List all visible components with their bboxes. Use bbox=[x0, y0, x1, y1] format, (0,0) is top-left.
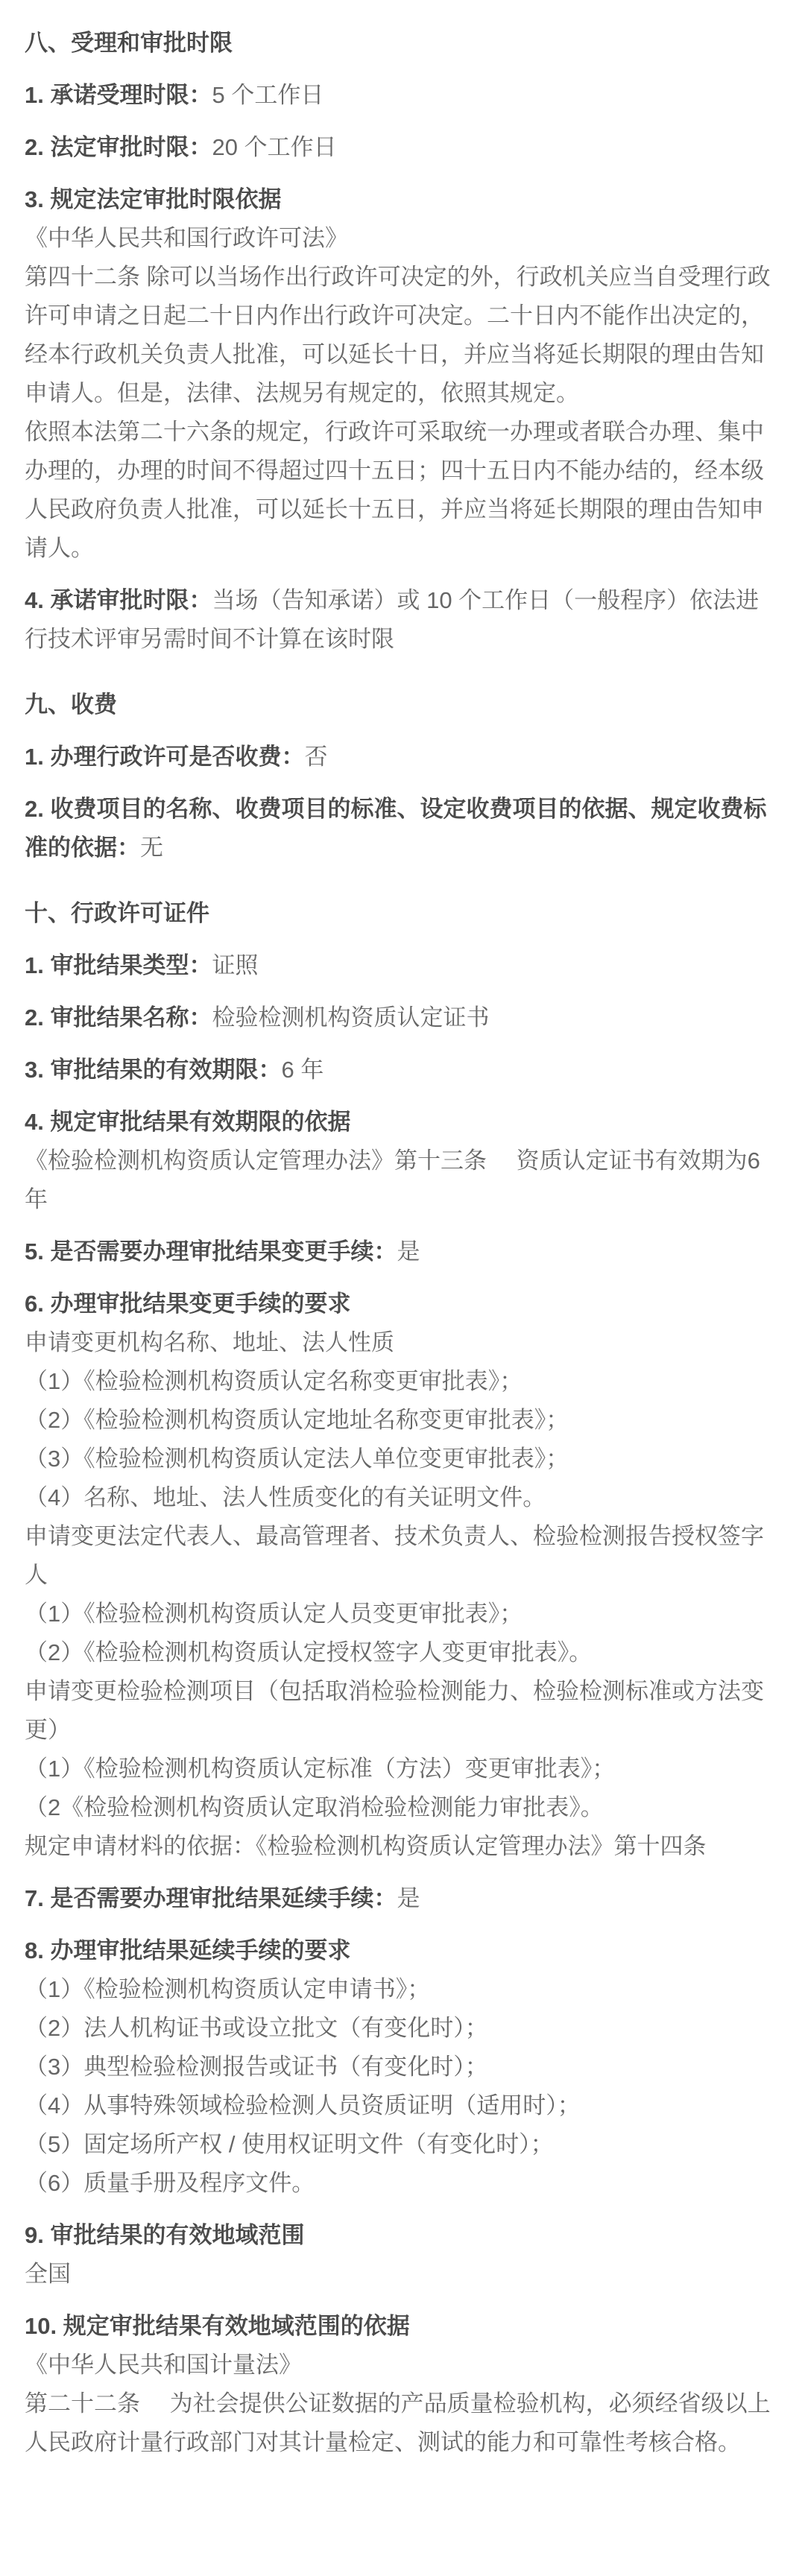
paragraph: （3）《检验检测机构资质认定法人单位变更审批表》； bbox=[25, 1440, 780, 1478]
numbered-item: 4. 承诺审批时限：当场（告知承诺）或 10 个工作日（一般程序）依法进行技术评… bbox=[25, 581, 780, 659]
item-value: 无 bbox=[140, 835, 163, 861]
paragraph: 第二十二条 为社会提供公证数据的产品质量检验机构，必须经省级以上人民政府计量行政… bbox=[25, 2384, 780, 2462]
paragraph: 申请变更机构名称、地址、法人性质 bbox=[25, 1323, 780, 1362]
item-label: 4. 规定审批结果有效期限的依据 bbox=[25, 1109, 350, 1135]
paragraph: （1）《检验检测机构资质认定申请书》； bbox=[25, 1970, 780, 2009]
paragraph: （4）从事特殊领域检验检测人员资质证明（适用时）； bbox=[25, 2086, 780, 2125]
item-value: 5 个工作日 bbox=[212, 82, 323, 108]
numbered-item: 2. 审批结果名称：检验检测机构资质认定证书 bbox=[25, 999, 780, 1037]
paragraph: （1）《检验检测机构资质认定标准（方法）变更审批表》； bbox=[25, 1750, 780, 1788]
item-value: 否 bbox=[304, 744, 327, 770]
section: 八、受理和审批时限1. 承诺受理时限：5 个工作日2. 法定审批时限：20 个工… bbox=[25, 24, 780, 659]
numbered-item: 2. 收费项目的名称、收费项目的标准、设定收费项目的依据、规定收费标准的依据：无 bbox=[25, 790, 780, 867]
numbered-item: 5. 是否需要办理审批结果变更手续：是 bbox=[25, 1232, 780, 1271]
item-label: 1. 审批结果类型： bbox=[25, 952, 212, 978]
item-label: 9. 审批结果的有效地域范围 bbox=[25, 2222, 304, 2248]
item-label: 2. 法定审批时限： bbox=[25, 134, 212, 160]
numbered-item: 3. 审批结果的有效期限：6 年 bbox=[25, 1051, 780, 1089]
item-label: 5. 是否需要办理审批结果变更手续： bbox=[25, 1238, 397, 1265]
item-value: 证照 bbox=[212, 952, 258, 978]
paragraph: （1）《检验检测机构资质认定人员变更审批表》； bbox=[25, 1595, 780, 1633]
paragraph: （2）法人机构证书或设立批文（有变化时）； bbox=[25, 2009, 780, 2048]
item-label: 2. 收费项目的名称、收费项目的标准、设定收费项目的依据、规定收费标准的依据： bbox=[25, 796, 766, 861]
item-label: 1. 承诺受理时限： bbox=[25, 82, 212, 108]
paragraph: 依照本法第二十六条的规定，行政许可采取统一办理或者联合办理、集中办理的，办理的时… bbox=[25, 413, 780, 568]
numbered-item: 9. 审批结果的有效地域范围 bbox=[25, 2216, 780, 2255]
paragraph: 《中华人民共和国行政许可法》 bbox=[25, 219, 780, 258]
item-value: 是 bbox=[397, 1238, 420, 1265]
paragraph: （4）名称、地址、法人性质变化的有关证明文件。 bbox=[25, 1478, 780, 1517]
numbered-item: 1. 审批结果类型：证照 bbox=[25, 946, 780, 985]
paragraph: （3）典型检验检测报告或证书（有变化时）； bbox=[25, 2048, 780, 2086]
paragraph: 《中华人民共和国计量法》 bbox=[25, 2346, 780, 2384]
paragraph: （6）质量手册及程序文件。 bbox=[25, 2164, 780, 2203]
paragraph: （5）固定场所产权 / 使用权证明文件（有变化时）； bbox=[25, 2125, 780, 2164]
numbered-item: 1. 承诺受理时限：5 个工作日 bbox=[25, 76, 780, 115]
paragraph: （1）《检验检测机构资质认定名称变更审批表》； bbox=[25, 1362, 780, 1401]
numbered-item: 7. 是否需要办理审批结果延续手续：是 bbox=[25, 1879, 780, 1918]
numbered-item: 10. 规定审批结果有效地域范围的依据 bbox=[25, 2307, 780, 2346]
item-value: 检验检测机构资质认定证书 bbox=[212, 1004, 489, 1031]
paragraph: 全国 bbox=[25, 2255, 780, 2294]
item-value: 6 年 bbox=[281, 1057, 323, 1083]
item-label: 7. 是否需要办理审批结果延续手续： bbox=[25, 1885, 397, 1911]
document: 八、受理和审批时限1. 承诺受理时限：5 个工作日2. 法定审批时限：20 个工… bbox=[0, 0, 805, 2576]
item-label: 6. 办理审批结果变更手续的要求 bbox=[25, 1291, 350, 1317]
section-heading: 十、行政许可证件 bbox=[25, 894, 780, 933]
numbered-item: 2. 法定审批时限：20 个工作日 bbox=[25, 128, 780, 167]
item-value: 是 bbox=[397, 1885, 420, 1911]
section-heading: 九、收费 bbox=[25, 686, 780, 724]
numbered-item: 4. 规定审批结果有效期限的依据 bbox=[25, 1103, 780, 1142]
paragraph: 《检验检测机构资质认定管理办法》第十三条 资质认定证书有效期为6年 bbox=[25, 1142, 780, 1219]
item-label: 2. 审批结果名称： bbox=[25, 1004, 212, 1031]
numbered-item: 1. 办理行政许可是否收费：否 bbox=[25, 738, 780, 776]
section-heading: 八、受理和审批时限 bbox=[25, 24, 780, 63]
item-label: 3. 规定法定审批时限依据 bbox=[25, 186, 281, 212]
paragraph: 申请变更检验检测项目（包括取消检验检测能力、检验检测标准或方法变更） bbox=[25, 1672, 780, 1750]
item-label: 1. 办理行政许可是否收费： bbox=[25, 744, 304, 770]
item-value: 20 个工作日 bbox=[212, 134, 336, 160]
paragraph: （2）《检验检测机构资质认定地址名称变更审批表》； bbox=[25, 1401, 780, 1440]
item-label: 3. 审批结果的有效期限： bbox=[25, 1057, 281, 1083]
section: 九、收费1. 办理行政许可是否收费：否2. 收费项目的名称、收费项目的标准、设定… bbox=[25, 686, 780, 867]
item-label: 10. 规定审批结果有效地域范围的依据 bbox=[25, 2313, 410, 2339]
paragraph: 规定申请材料的依据：《检验检测机构资质认定管理办法》第十四条 bbox=[25, 1827, 780, 1866]
numbered-item: 8. 办理审批结果延续手续的要求 bbox=[25, 1931, 780, 1970]
item-label: 4. 承诺审批时限： bbox=[25, 587, 212, 613]
numbered-item: 3. 规定法定审批时限依据 bbox=[25, 180, 780, 219]
numbered-item: 6. 办理审批结果变更手续的要求 bbox=[25, 1285, 780, 1323]
paragraph: （2）《检验检测机构资质认定授权签字人变更审批表》。 bbox=[25, 1633, 780, 1672]
paragraph: 第四十二条 除可以当场作出行政许可决定的外，行政机关应当自受理行政许可申请之日起… bbox=[25, 258, 780, 413]
item-label: 8. 办理审批结果延续手续的要求 bbox=[25, 1937, 350, 1963]
section: 十、行政许可证件1. 审批结果类型：证照2. 审批结果名称：检验检测机构资质认定… bbox=[25, 894, 780, 2462]
paragraph: 申请变更法定代表人、最高管理者、技术负责人、检验检测报告授权签字人 bbox=[25, 1517, 780, 1595]
paragraph: （2《检验检测机构资质认定取消检验检测能力审批表》。 bbox=[25, 1788, 780, 1827]
